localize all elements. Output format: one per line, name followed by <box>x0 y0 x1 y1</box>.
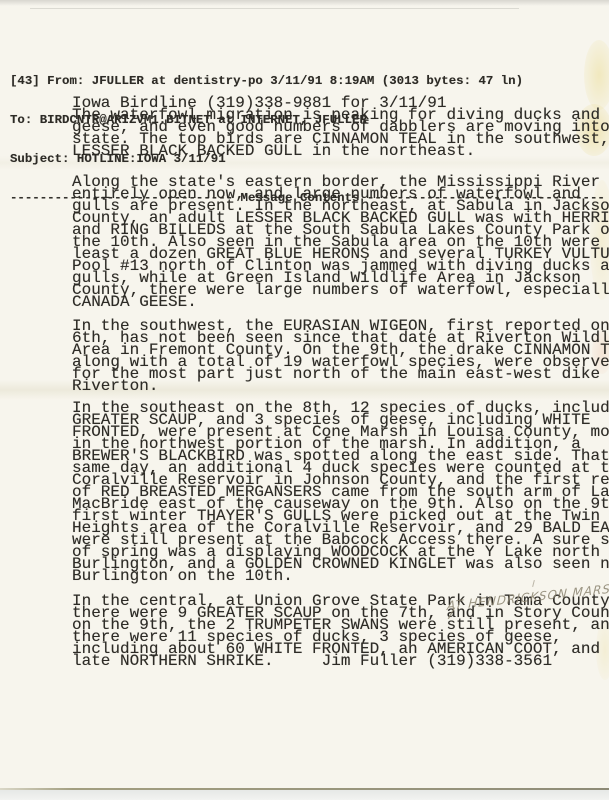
scan-top-edge-shadow <box>0 0 609 6</box>
paragraph-birdline-intro: Iowa Birdline (319)338-9881 for 3/11/91 … <box>72 97 609 157</box>
paragraph-southeast: In the southeast on the 8th, 12 species … <box>72 402 609 582</box>
scanned-email-document: [43] From: JFULLER at dentistry-po 3/11/… <box>0 0 609 800</box>
scan-top-hairline <box>30 8 519 9</box>
paragraph-central-and-signature: In the central, at Union Grove State Par… <box>72 595 609 667</box>
paragraph-eastern-border: Along the state's eastern border, the Mi… <box>72 176 609 308</box>
paragraph-southwest: In the southwest, the EURASIAN WIGEON, f… <box>72 320 609 392</box>
pencil-tick-mark <box>532 580 535 587</box>
scanner-background <box>0 790 609 800</box>
email-from-line: [43] From: JFULLER at dentistry-po 3/11/… <box>10 75 605 88</box>
